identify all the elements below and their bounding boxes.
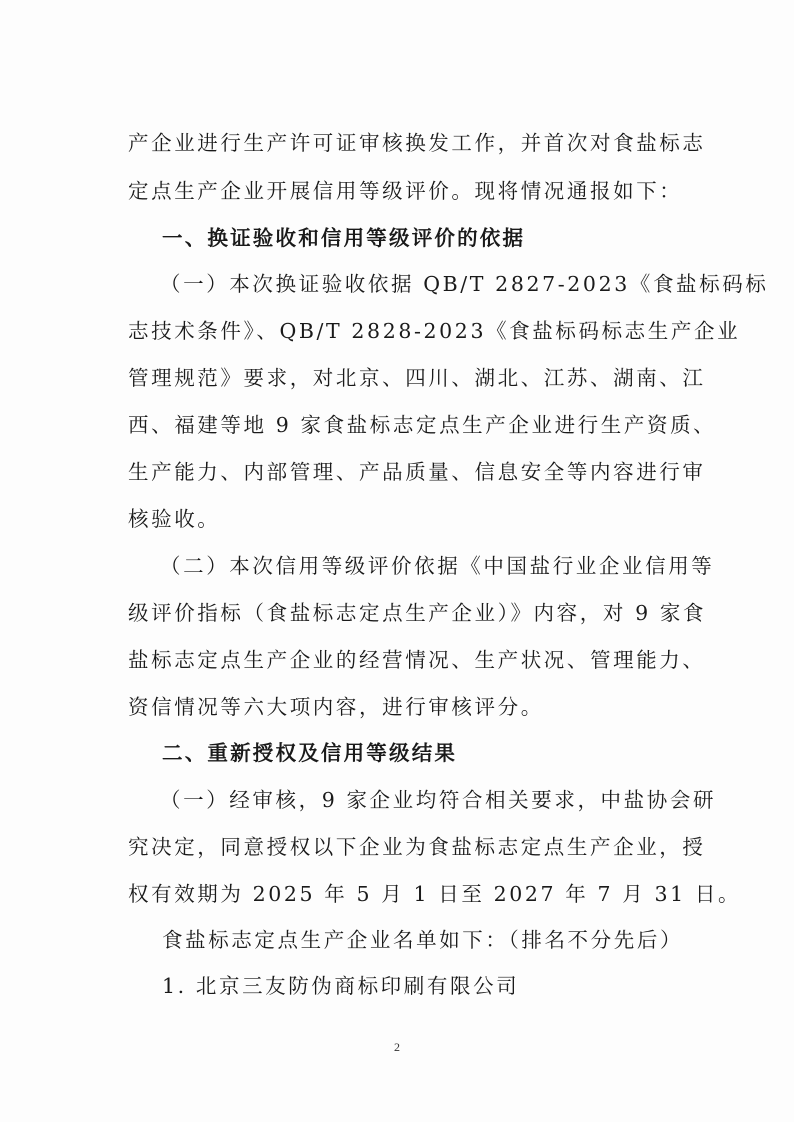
paragraph-line: （二）本次信用等级评价依据《中国盐行业企业信用等 [160,552,720,580]
paragraph-line: 西、福建等地 9 家食盐标志定点生产企业进行生产资质、 [128,411,688,439]
list-item: 1. 北京三友防伪商标印刷有限公司 [162,972,722,1000]
paragraph-line: 核验收。 [128,505,688,533]
paragraph-line: 管理规范》要求，对北京、四川、湖北、江苏、湖南、江 [128,364,688,392]
paragraph-line: 级评价指标（食盐标志定点生产企业）》内容，对 9 家食 [128,599,688,627]
intro-line: 产企业进行生产许可证审核换发工作，并首次对食盐标志 [128,129,688,157]
page-number: 2 [0,1040,794,1055]
paragraph-line: 权有效期为 2025 年 5 月 1 日至 2027 年 7 月 31 日。 [128,880,688,908]
paragraph-line: 资信情况等六大项内容，进行审核评分。 [128,693,688,721]
paragraph-line: 盐标志定点生产企业的经营情况、生产状况、管理能力、 [128,646,688,674]
section-heading: 二、重新授权及信用等级结果 [162,739,722,767]
paragraph-line: （一）本次换证验收依据 QB/T 2827-2023《食盐标码标 [160,270,720,298]
paragraph-line: 志技术条件》、QB/T 2828-2023《食盐标码标志生产企业 [128,317,688,345]
list-intro: 食盐标志定点生产企业名单如下：（排名不分先后） [162,926,722,954]
intro-line: 定点生产企业开展信用等级评价。现将情况通报如下： [128,177,688,205]
paragraph-line: 究决定，同意授权以下企业为食盐标志定点生产企业，授 [128,833,688,861]
paragraph-line: 生产能力、内部管理、产品质量、信息安全等内容进行审 [128,458,688,486]
paragraph-line: （一）经审核，9 家企业均符合相关要求，中盐协会研 [160,786,720,814]
section-heading: 一、换证验收和信用等级评价的依据 [162,224,722,252]
